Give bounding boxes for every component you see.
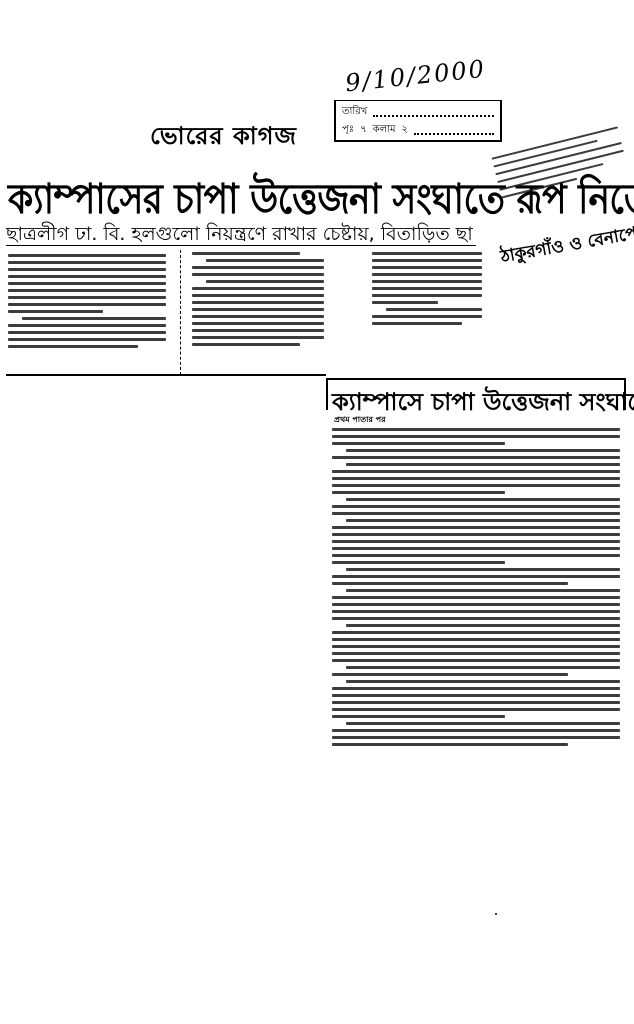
body-column-left <box>8 250 166 352</box>
body-column-middle <box>192 248 324 350</box>
stamp-date-blank <box>373 107 494 117</box>
body-column-right-top <box>372 248 482 329</box>
scan-speck <box>495 913 497 915</box>
section-rule <box>6 374 326 376</box>
stamp-column-label: কলাম <box>373 122 396 139</box>
archive-stamp: তারিখ পৃঃ ৭ কলাম ২ <box>334 100 502 142</box>
stamp-page-label: পৃঃ <box>342 122 354 139</box>
newspaper-name: ভোরের কাগজ <box>150 118 297 158</box>
stamp-column-value: ২ <box>402 122 409 139</box>
body-column-continuation <box>332 424 620 750</box>
stamp-page-value: ৭ <box>360 122 367 139</box>
stamp-date-label: তারিখ <box>342 104 367 121</box>
handwritten-date: 9/10/2000 <box>344 55 487 98</box>
column-divider <box>180 250 181 375</box>
stamp-blank <box>414 125 494 135</box>
subheadline-rule <box>6 245 476 246</box>
